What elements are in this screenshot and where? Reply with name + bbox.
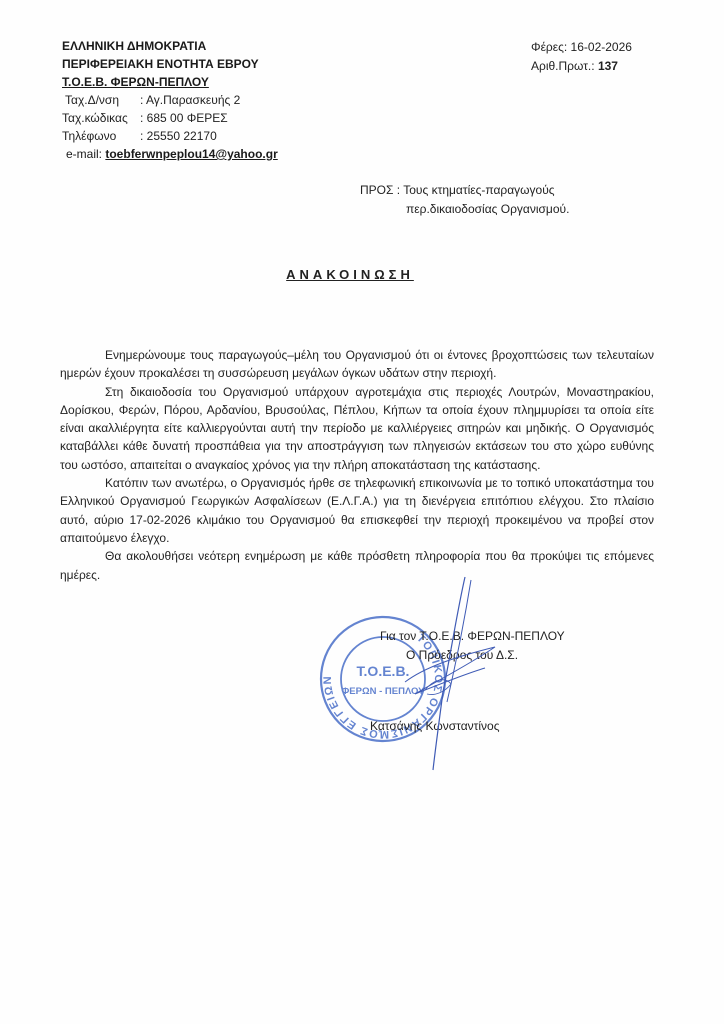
email-link[interactable]: toebferwnpeplou14@yahoo.gr: [105, 147, 277, 161]
address-email-row: e-mail: toebferwnpeplou14@yahoo.gr: [62, 145, 278, 163]
document-title: ΑΝΑΚΟΙΝΩΣΗ: [0, 267, 700, 282]
protocol-row: Αριθ.Πρωτ.: 137: [531, 57, 632, 76]
place-date: Φέρες: 16-02-2026: [531, 38, 632, 57]
document-page: ΕΛΛΗΝΙΚΗ ΔΗΜΟΚΡΑΤΙΑ ΠΕΡΙΦΕΡΕΙΑΚΗ ΕΝΟΤΗΤΑ…: [0, 0, 724, 1024]
signatory-name: Κατσάνης Κωνσταντίνος: [370, 717, 500, 736]
address-street-row: Ταχ.Δ/νση : Αγ.Παρασκευής 2: [62, 91, 278, 109]
date-protocol-block: Φέρες: 16-02-2026 Αριθ.Πρωτ.: 137: [531, 38, 632, 76]
sender-header: ΕΛΛΗΝΙΚΗ ΔΗΜΟΚΡΑΤΙΑ ΠΕΡΙΦΕΡΕΙΑΚΗ ΕΝΟΤΗΤΑ…: [62, 37, 278, 163]
phone-label: Τηλέφωνο: [62, 127, 140, 145]
stamp-center-line-2: ΦΕΡΩΝ - ΠΕΠΛΟΥ: [342, 686, 426, 697]
handwritten-signature-icon: [385, 572, 515, 772]
body-paragraph: Στη δικαιοδοσία του Οργανισμού υπάρχουν …: [60, 383, 654, 474]
body-paragraph: Θα ακολουθήσει νεότερη ενημέρωση με κάθε…: [60, 547, 654, 584]
email-label: e-mail:: [66, 147, 102, 161]
announcement-body: Ενημερώνουμε τους παραγωγούς–μέλη του Ορ…: [60, 346, 654, 584]
signature-block: Για τον Τ.Ο.Ε.Β. ΦΕΡΩΝ-ΠΕΠΛΟΥ Ο Πρόεδρος…: [380, 627, 565, 665]
signature-line-1: Για τον Τ.Ο.Ε.Β. ΦΕΡΩΝ-ΠΕΠΛΟΥ: [380, 627, 565, 646]
postcode-value: : 685 00 ΦΕΡΕΣ: [140, 109, 228, 127]
recipient-block: ΠΡΟΣ : Τους κτηματίες-παραγωγούς περ.δικ…: [360, 181, 569, 219]
org-line-region: ΠΕΡΙΦΕΡΕΙΑΚΗ ΕΝΟΤΗΤΑ ΕΒΡΟΥ: [62, 55, 278, 73]
recipient-line-1: ΠΡΟΣ : Τους κτηματίες-παραγωγούς: [360, 181, 569, 200]
protocol-label: Αριθ.Πρωτ.:: [531, 59, 595, 73]
org-line-organization: Τ.Ο.Ε.Β. ΦΕΡΩΝ-ΠΕΠΛΟΥ: [62, 73, 278, 91]
body-paragraph: Κατόπιν των ανωτέρω, ο Οργανισμός ήρθε σ…: [60, 474, 654, 547]
street-label: Ταχ.Δ/νση: [62, 91, 140, 109]
recipient-line-2: περ.δικαιοδοσίας Οργανισμού.: [360, 200, 569, 219]
street-value: : Αγ.Παρασκευής 2: [140, 91, 240, 109]
stamp-center-line-1: Τ.Ο.Ε.Β.: [357, 663, 410, 679]
org-line-republic: ΕΛΛΗΝΙΚΗ ΔΗΜΟΚΡΑΤΙΑ: [62, 37, 278, 55]
phone-value: : 25550 22170: [140, 127, 217, 145]
address-postcode-row: Ταχ.κώδικας : 685 00 ΦΕΡΕΣ: [62, 109, 278, 127]
protocol-number: 137: [598, 59, 618, 73]
body-paragraph: Ενημερώνουμε τους παραγωγούς–μέλη του Ορ…: [60, 346, 654, 383]
address-phone-row: Τηλέφωνο : 25550 22170: [62, 127, 278, 145]
postcode-label: Ταχ.κώδικας: [62, 109, 140, 127]
signature-line-2: Ο Πρόεδρος του Δ.Σ.: [380, 646, 565, 665]
